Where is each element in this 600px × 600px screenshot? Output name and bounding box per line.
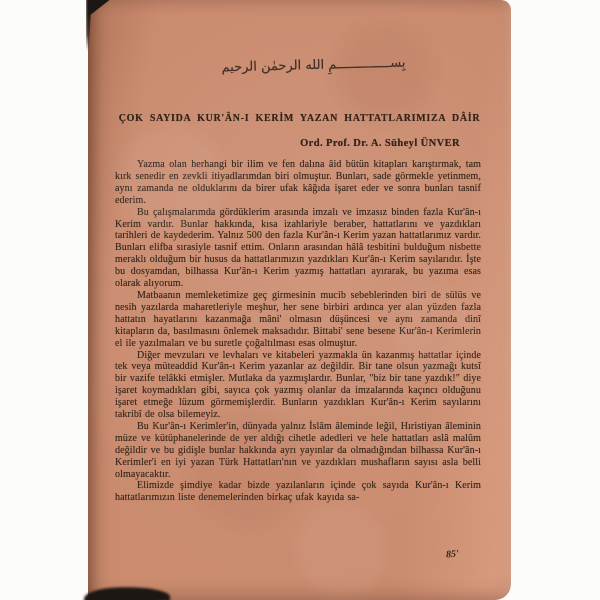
paragraph: Elimizde şimdiye kadar bizde yazılanları… <box>115 480 481 504</box>
paragraph: Diğer mevzuları ve levhaları ve kitabele… <box>115 350 481 421</box>
paragraph: Yazma olan herhangi bir ilim ve fen dalı… <box>115 159 481 207</box>
page-content: بِســــــــــــــمِ الله الرحمٰن الرحيم … <box>88 0 511 600</box>
article-author: Ord. Prof. Dr. A. Süheyl ÜNVER <box>300 138 460 149</box>
paragraph: Matbaanın memleketimize geç girmesinin m… <box>115 290 481 350</box>
paragraph: Bu çalışmalarımda gördüklerim arasında i… <box>115 207 481 290</box>
book-page: بِســــــــــــــمِ الله الرحمٰن الرحيم … <box>88 0 511 600</box>
article-title: ÇOK SAYIDA KUR'ÂN-I KERİM YAZAN HATTATLA… <box>98 113 501 124</box>
scan-background: بِســــــــــــــمِ الله الرحمٰن الرحيم … <box>0 0 600 600</box>
article-body: Yazma olan herhangi bir ilim ve fen dalı… <box>115 159 481 504</box>
page-number: 85ʹ <box>446 549 460 561</box>
bismillah-calligraphy: بِســــــــــــــمِ الله الرحمٰن الرحيم <box>102 52 525 78</box>
paragraph: Bu Kur'ân-ı Kerimler'in, dünyada yalnız … <box>115 421 481 481</box>
